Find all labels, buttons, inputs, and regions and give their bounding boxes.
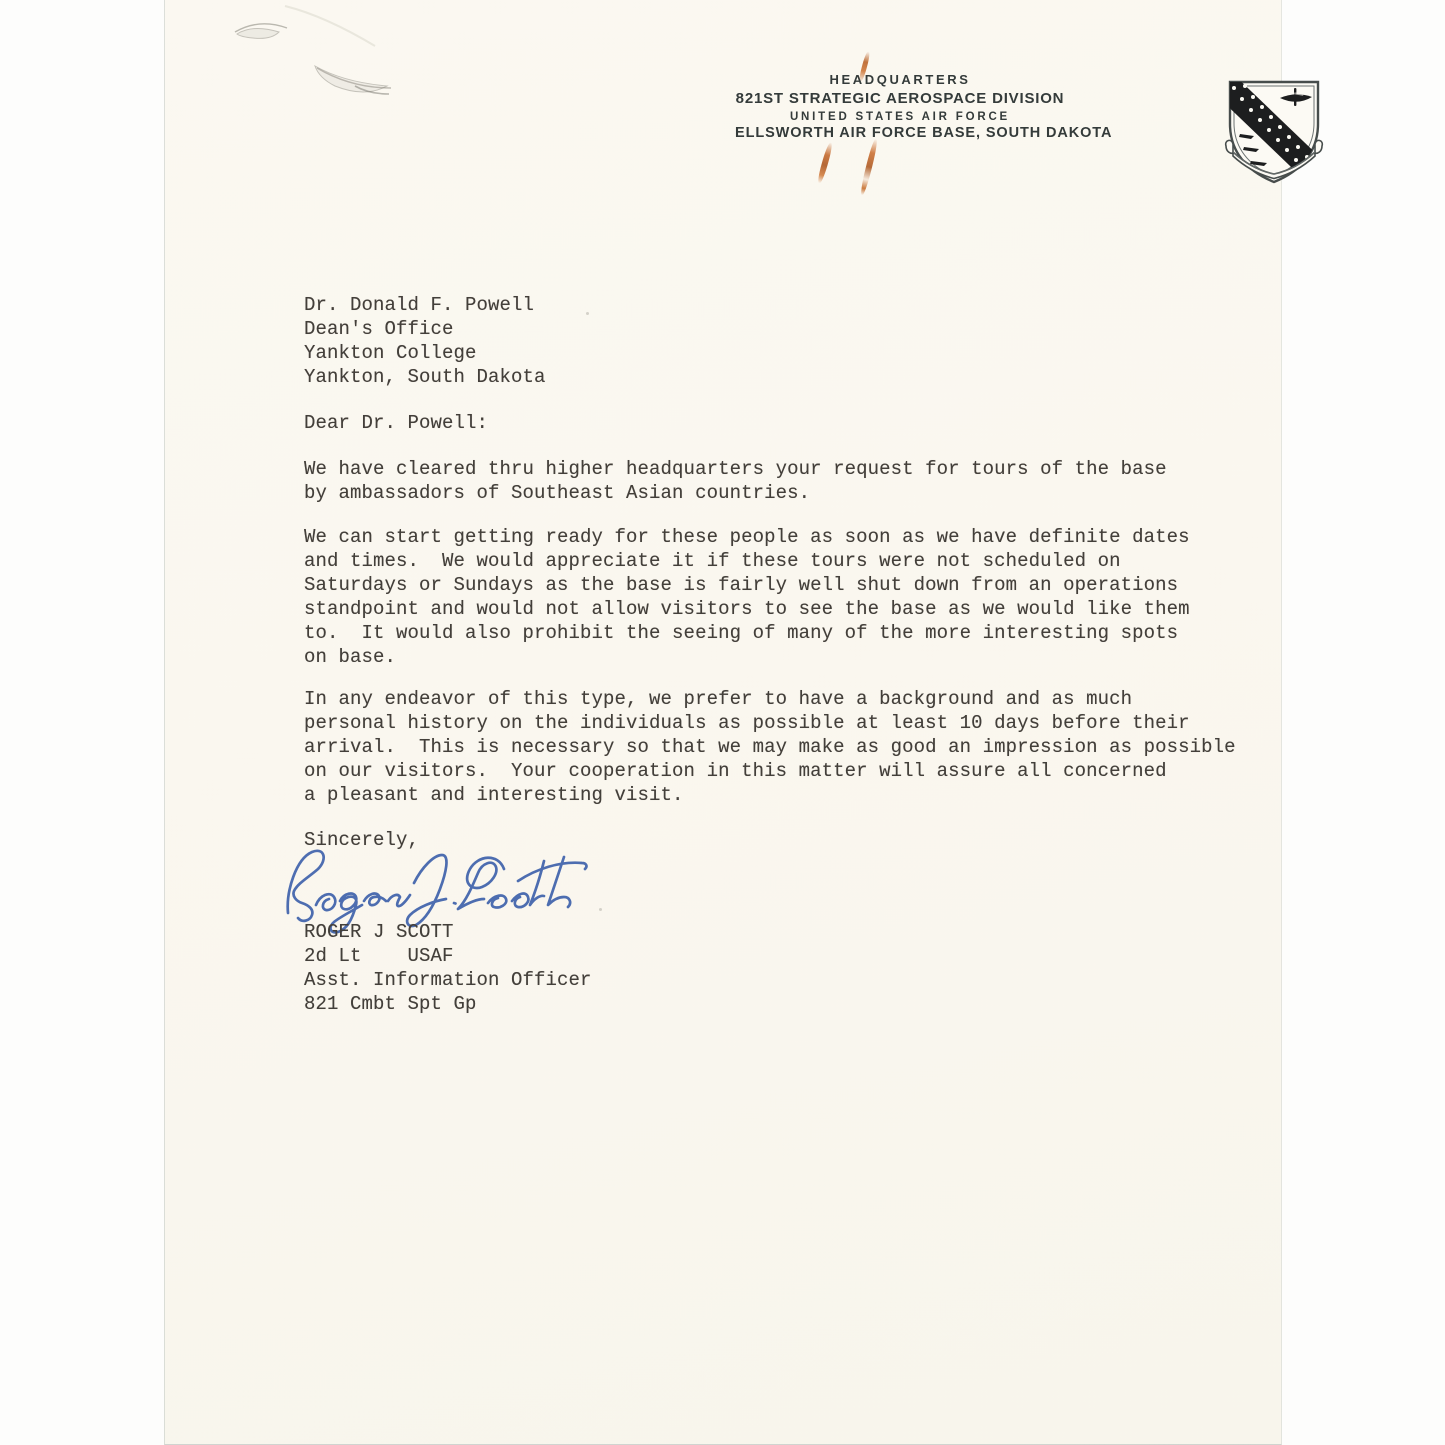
paragraph-3: In any endeavor of this type, we prefer …	[304, 687, 1236, 807]
letterhead-line-1: HEADQUARTERS	[735, 72, 1065, 87]
letterhead-line-4: ELLSWORTH AIR FORCE BASE, SOUTH DAKOTA	[735, 125, 1065, 141]
scanned-letter: HEADQUARTERS 821ST STRATEGIC AEROSPACE D…	[0, 0, 1445, 1445]
salutation: Dear Dr. Powell:	[304, 411, 488, 435]
signer-block: ROGER J SCOTT 2d Lt USAF Asst. Informati…	[304, 920, 592, 1016]
paper-speck	[599, 908, 602, 911]
paragraph-1: We have cleared thru higher headquarters…	[304, 457, 1167, 505]
letterhead: HEADQUARTERS 821ST STRATEGIC AEROSPACE D…	[735, 72, 1065, 141]
paragraph-2: We can start getting ready for these peo…	[304, 525, 1190, 669]
letter-page: HEADQUARTERS 821ST STRATEGIC AEROSPACE D…	[164, 0, 1282, 1445]
rust-mark	[859, 138, 879, 196]
paper-crease-marks	[165, 0, 665, 316]
rust-mark	[816, 142, 833, 184]
paper-speck	[586, 312, 589, 315]
air-force-shield-emblem	[1218, 74, 1330, 190]
letterhead-line-3: UNITED STATES AIR FORCE	[735, 111, 1065, 123]
recipient-address: Dr. Donald F. Powell Dean's Office Yankt…	[304, 293, 546, 389]
letterhead-line-2: 821ST STRATEGIC AEROSPACE DIVISION	[735, 90, 1065, 107]
